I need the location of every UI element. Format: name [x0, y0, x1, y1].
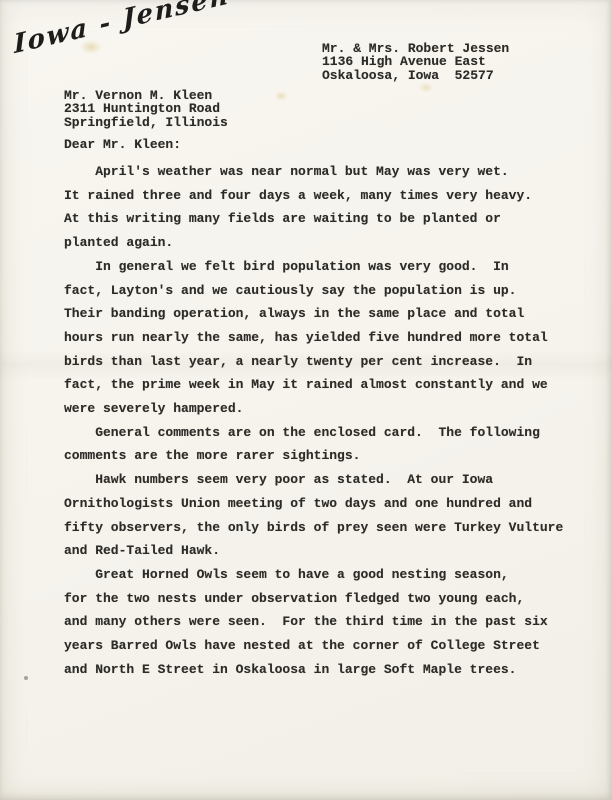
handwritten-annotation: Iowa - Jensen [13, 0, 230, 60]
recipient-address: Mr. Vernon M. Kleen 2311 Huntington Road… [64, 89, 228, 129]
letter-document: Iowa - Jensen Mr. & Mrs. Robert Jessen 1… [0, 0, 612, 800]
stain-mark [418, 82, 434, 93]
sender-address: Mr. & Mrs. Robert Jessen 1136 High Avenu… [322, 42, 509, 82]
ink-speck [24, 676, 28, 680]
salutation: Dear Mr. Kleen: [64, 137, 181, 152]
letter-body: April's weather was near normal but May … [64, 160, 563, 681]
stain-mark [274, 91, 288, 101]
